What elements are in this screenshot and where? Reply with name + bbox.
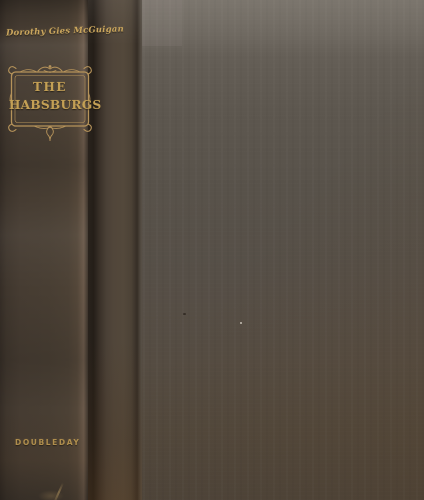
title-cartouche: THE HABSBURGS — [8, 61, 92, 145]
hinge-lighting — [88, 0, 142, 500]
publisher-imprint: DOUBLEDAY — [15, 438, 80, 447]
corner-wear — [38, 490, 64, 500]
title-line-the: THE — [8, 80, 92, 94]
book-photo: Dorothy Gies McGuigan THE — [0, 0, 424, 500]
dark-speck — [183, 313, 186, 315]
dust-speck — [240, 322, 242, 324]
title-line-habsburgs: HABSBURGS — [9, 97, 91, 112]
